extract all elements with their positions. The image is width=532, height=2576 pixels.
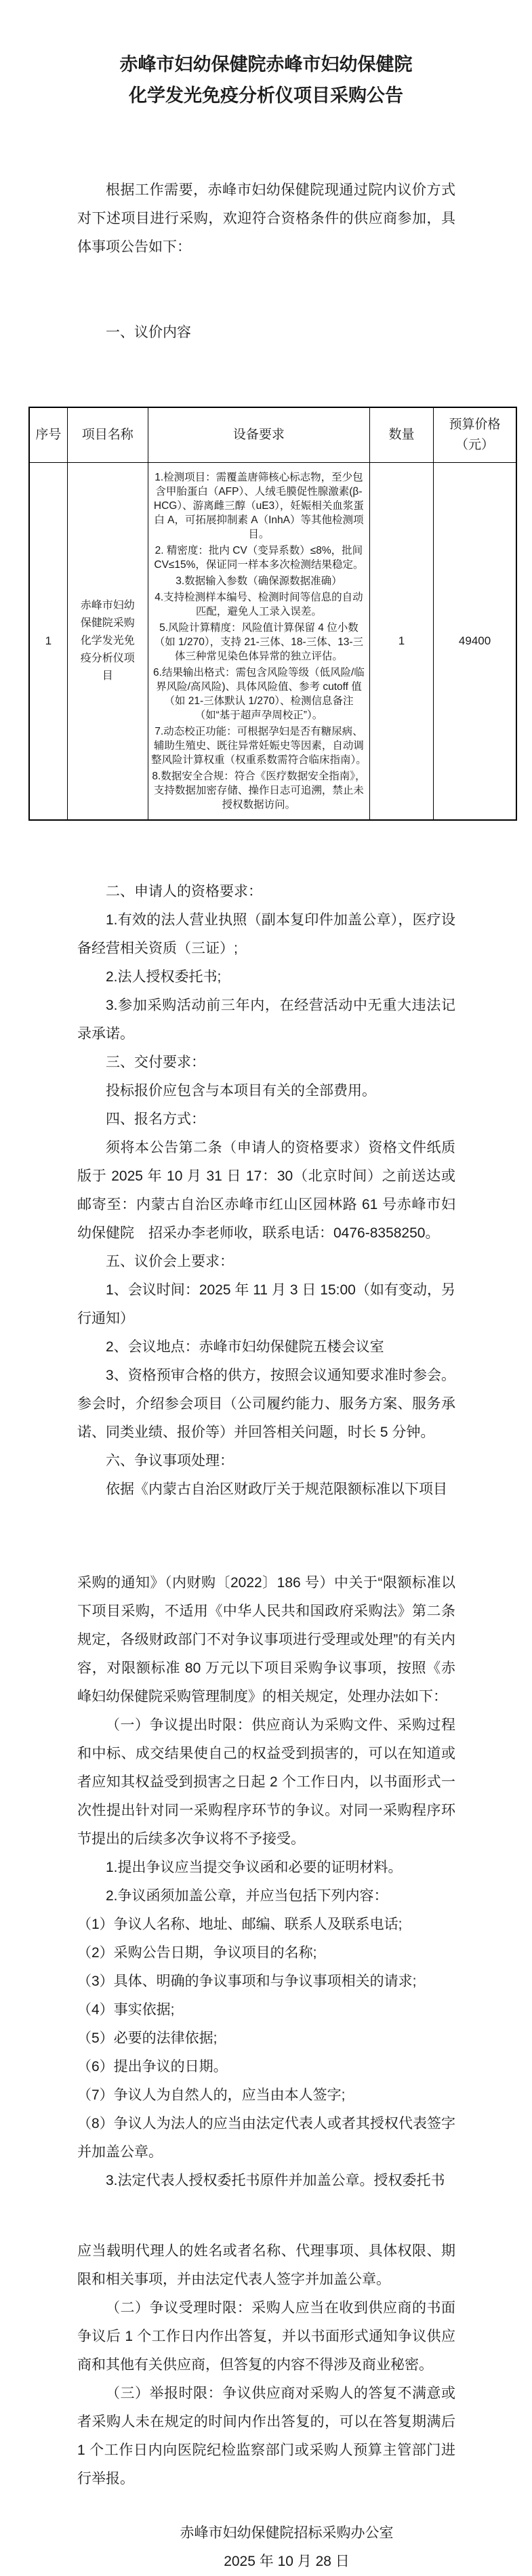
column-header-project-name: 项目名称 bbox=[67, 407, 148, 463]
paragraph: 3、资格预审合格的供方，按照会议通知要求准时参会。参会时，介绍参会项目（公司履约… bbox=[77, 1362, 455, 1447]
body-sections: 二、申请人的资格要求：1.有效的法人营业执照（副本复印件加盖公章），医疗设备经营… bbox=[77, 878, 455, 2493]
list-item: （2）采购公告日期，争议项目的名称; bbox=[77, 1939, 455, 1967]
intro-paragraph: 根据工作需要，赤峰市妇幼保健院现通过院内议价方式对下述项目进行采购，欢迎符合资格… bbox=[77, 176, 455, 262]
column-header-equipment-requirements: 设备要求 bbox=[148, 407, 369, 463]
paragraph: 1.有效的法人营业执照（副本复印件加盖公章），医疗设备经营相关资质（三证）; bbox=[77, 906, 455, 963]
column-header-seq: 序号 bbox=[29, 407, 67, 463]
requirement-item: 2. 精密度：批内 CV（变异系数）≤8%，批间CV≤15%，保证同一样本多次检… bbox=[150, 544, 367, 572]
list-item: （1）争议人名称、地址、邮编、联系人及联系电话; bbox=[77, 1910, 455, 1939]
signature-date: 2025 年 10 月 28 日 bbox=[98, 2548, 476, 2576]
section-heading-6: 六、争议事项处理： bbox=[77, 1447, 455, 1475]
paragraph: 3.参加采购活动前三年内，在经营活动中无重大违法记录承诺。 bbox=[77, 991, 455, 1048]
paragraph: 须将本公告第二条（申请人的资格要求）资格文件纸质版于 2025 年 10 月 3… bbox=[77, 1134, 455, 1248]
list-item: （8）争议人为法人的应当由法定代表人或者其授权代表签字并加盖公章。 bbox=[77, 2110, 455, 2167]
paragraph: （二）争议受理时限：采购人应当在收到供应商的书面争议后 1 个工作日内作出答复，… bbox=[77, 2294, 455, 2379]
cell-equipment-requirements: 1.检测项目：需覆盖唐筛核心标志物，至少包含甲胎蛋白（AFP）、人绒毛膜促性腺激… bbox=[148, 463, 369, 821]
section-heading-4: 四、报名方式： bbox=[77, 1105, 455, 1134]
list-item: （5）必要的法律依据; bbox=[77, 2024, 455, 2053]
paragraph: 采购的通知》（内财购〔2022〕186 号）中关于“限额标准以下项目采购，不适用… bbox=[77, 1569, 455, 1711]
document-page: 赤峰市妇幼保健院赤峰市妇幼保健院 化学发光免疫分析仪项目采购公告 根据工作需要，… bbox=[0, 0, 532, 2576]
paragraph: 1.提出争议应当提交争议函和必要的证明材料。 bbox=[77, 1854, 455, 1882]
intro-section: 根据工作需要，赤峰市妇幼保健院现通过院内议价方式对下述项目进行采购，欢迎符合资格… bbox=[77, 119, 455, 404]
section-heading-2: 二、申请人的资格要求： bbox=[77, 878, 455, 906]
paragraph: 投标报价应包含与本项目有关的全部费用。 bbox=[77, 1077, 455, 1105]
title-line-1: 赤峰市妇幼保健院赤峰市妇幼保健院 bbox=[0, 49, 532, 80]
negotiation-items-table: 序号 项目名称 设备要求 数量 预算价格（元） 1 赤峰市妇幼保健院采购化学发光… bbox=[28, 407, 517, 821]
paragraph: 2.争议函须加盖公章，并应当包括下列内容： bbox=[77, 1882, 455, 1910]
document-title: 赤峰市妇幼保健院赤峰市妇幼保健院 化学发光免疫分析仪项目采购公告 bbox=[0, 49, 532, 111]
signature-block: 赤峰市妇幼保健院招标采购办公室 2025 年 10 月 28 日 bbox=[77, 2519, 476, 2576]
paragraph: 应当载明代理人的姓名或者名称、代理事项、具体权限、期限和相关事项，并由法定代表人… bbox=[77, 2237, 455, 2294]
paragraph: 依据《内蒙古自治区财政厅关于规范限额标准以下项目 bbox=[77, 1475, 455, 1504]
title-line-2: 化学发光免疫分析仪项目采购公告 bbox=[0, 80, 532, 111]
requirement-item: 1.检测项目：需覆盖唐筛核心标志物，至少包含甲胎蛋白（AFP）、人绒毛膜促性腺激… bbox=[150, 470, 367, 541]
requirement-item: 7.动态校正功能：可根据孕妇是否有糖尿病、辅助生殖史、既往异常妊娠史等因素，自动… bbox=[150, 724, 367, 767]
list-item: （3）具体、明确的争议事项和与争议事项相关的请求; bbox=[77, 1967, 455, 1996]
list-item: （6）提出争议的日期。 bbox=[77, 2053, 455, 2081]
requirement-item: 5.风险计算精度：风险值计算保留 4 位小数（如 1/270），支持 21-三体… bbox=[150, 621, 367, 663]
requirement-item: 3.数据输入参数（确保源数据准确） bbox=[150, 574, 367, 588]
paragraph: 1、会议时间：2025 年 11 月 3 日 15:00（如有变动，另行通知） bbox=[77, 1276, 455, 1333]
paragraph: （一）争议提出时限：供应商认为采购文件、采购过程和中标、成交结果使自己的权益受到… bbox=[77, 1711, 455, 1854]
column-header-budget-price: 预算价格（元） bbox=[434, 407, 516, 463]
cell-quantity: 1 bbox=[369, 463, 433, 821]
section-heading-1: 一、议价内容 bbox=[77, 319, 455, 347]
requirement-item: 6.结果输出格式：需包含风险等级（低风险/临界风险/高风险)、具体风险值、参考 … bbox=[150, 666, 367, 722]
paragraph: 3.法定代表人授权委托书原件并加盖公章。授权委托书 bbox=[77, 2167, 455, 2195]
requirement-item: 8.数据安全合规：符合《医疗数据安全指南》，支持数据加密存储、操作日志可追溯，禁… bbox=[150, 769, 367, 812]
column-header-quantity: 数量 bbox=[369, 407, 433, 463]
paragraph: 2、会议地点：赤峰市妇幼保健院五楼会议室 bbox=[77, 1333, 455, 1362]
list-item: （7）争议人为自然人的，应当由本人签字; bbox=[77, 2081, 455, 2110]
section-heading-3: 三、交付要求： bbox=[77, 1048, 455, 1077]
cell-project-name: 赤峰市妇幼保健院采购化学发光免疫分析仪项目 bbox=[67, 463, 148, 821]
table-row: 1 赤峰市妇幼保健院采购化学发光免疫分析仪项目 1.检测项目：需覆盖唐筛核心标志… bbox=[29, 463, 516, 821]
list-item: （4）事实依据; bbox=[77, 1996, 455, 2024]
paragraph: 2.法人授权委托书; bbox=[77, 963, 455, 991]
signature-office: 赤峰市妇幼保健院招标采购办公室 bbox=[98, 2519, 476, 2548]
cell-seq: 1 bbox=[29, 463, 67, 821]
paragraph: （三）举报时限：争议供应商对采购人的答复不满意或者采购人未在规定的时间内作出答复… bbox=[77, 2379, 455, 2493]
cell-budget-price: 49400 bbox=[434, 463, 516, 821]
table-header-row: 序号 项目名称 设备要求 数量 预算价格（元） bbox=[29, 407, 516, 463]
requirement-item: 4.支持检测样本编号、检测时间等信息的自动匹配，避免人工录入误差。 bbox=[150, 590, 367, 619]
section-heading-5: 五、议价会上要求： bbox=[77, 1248, 455, 1276]
